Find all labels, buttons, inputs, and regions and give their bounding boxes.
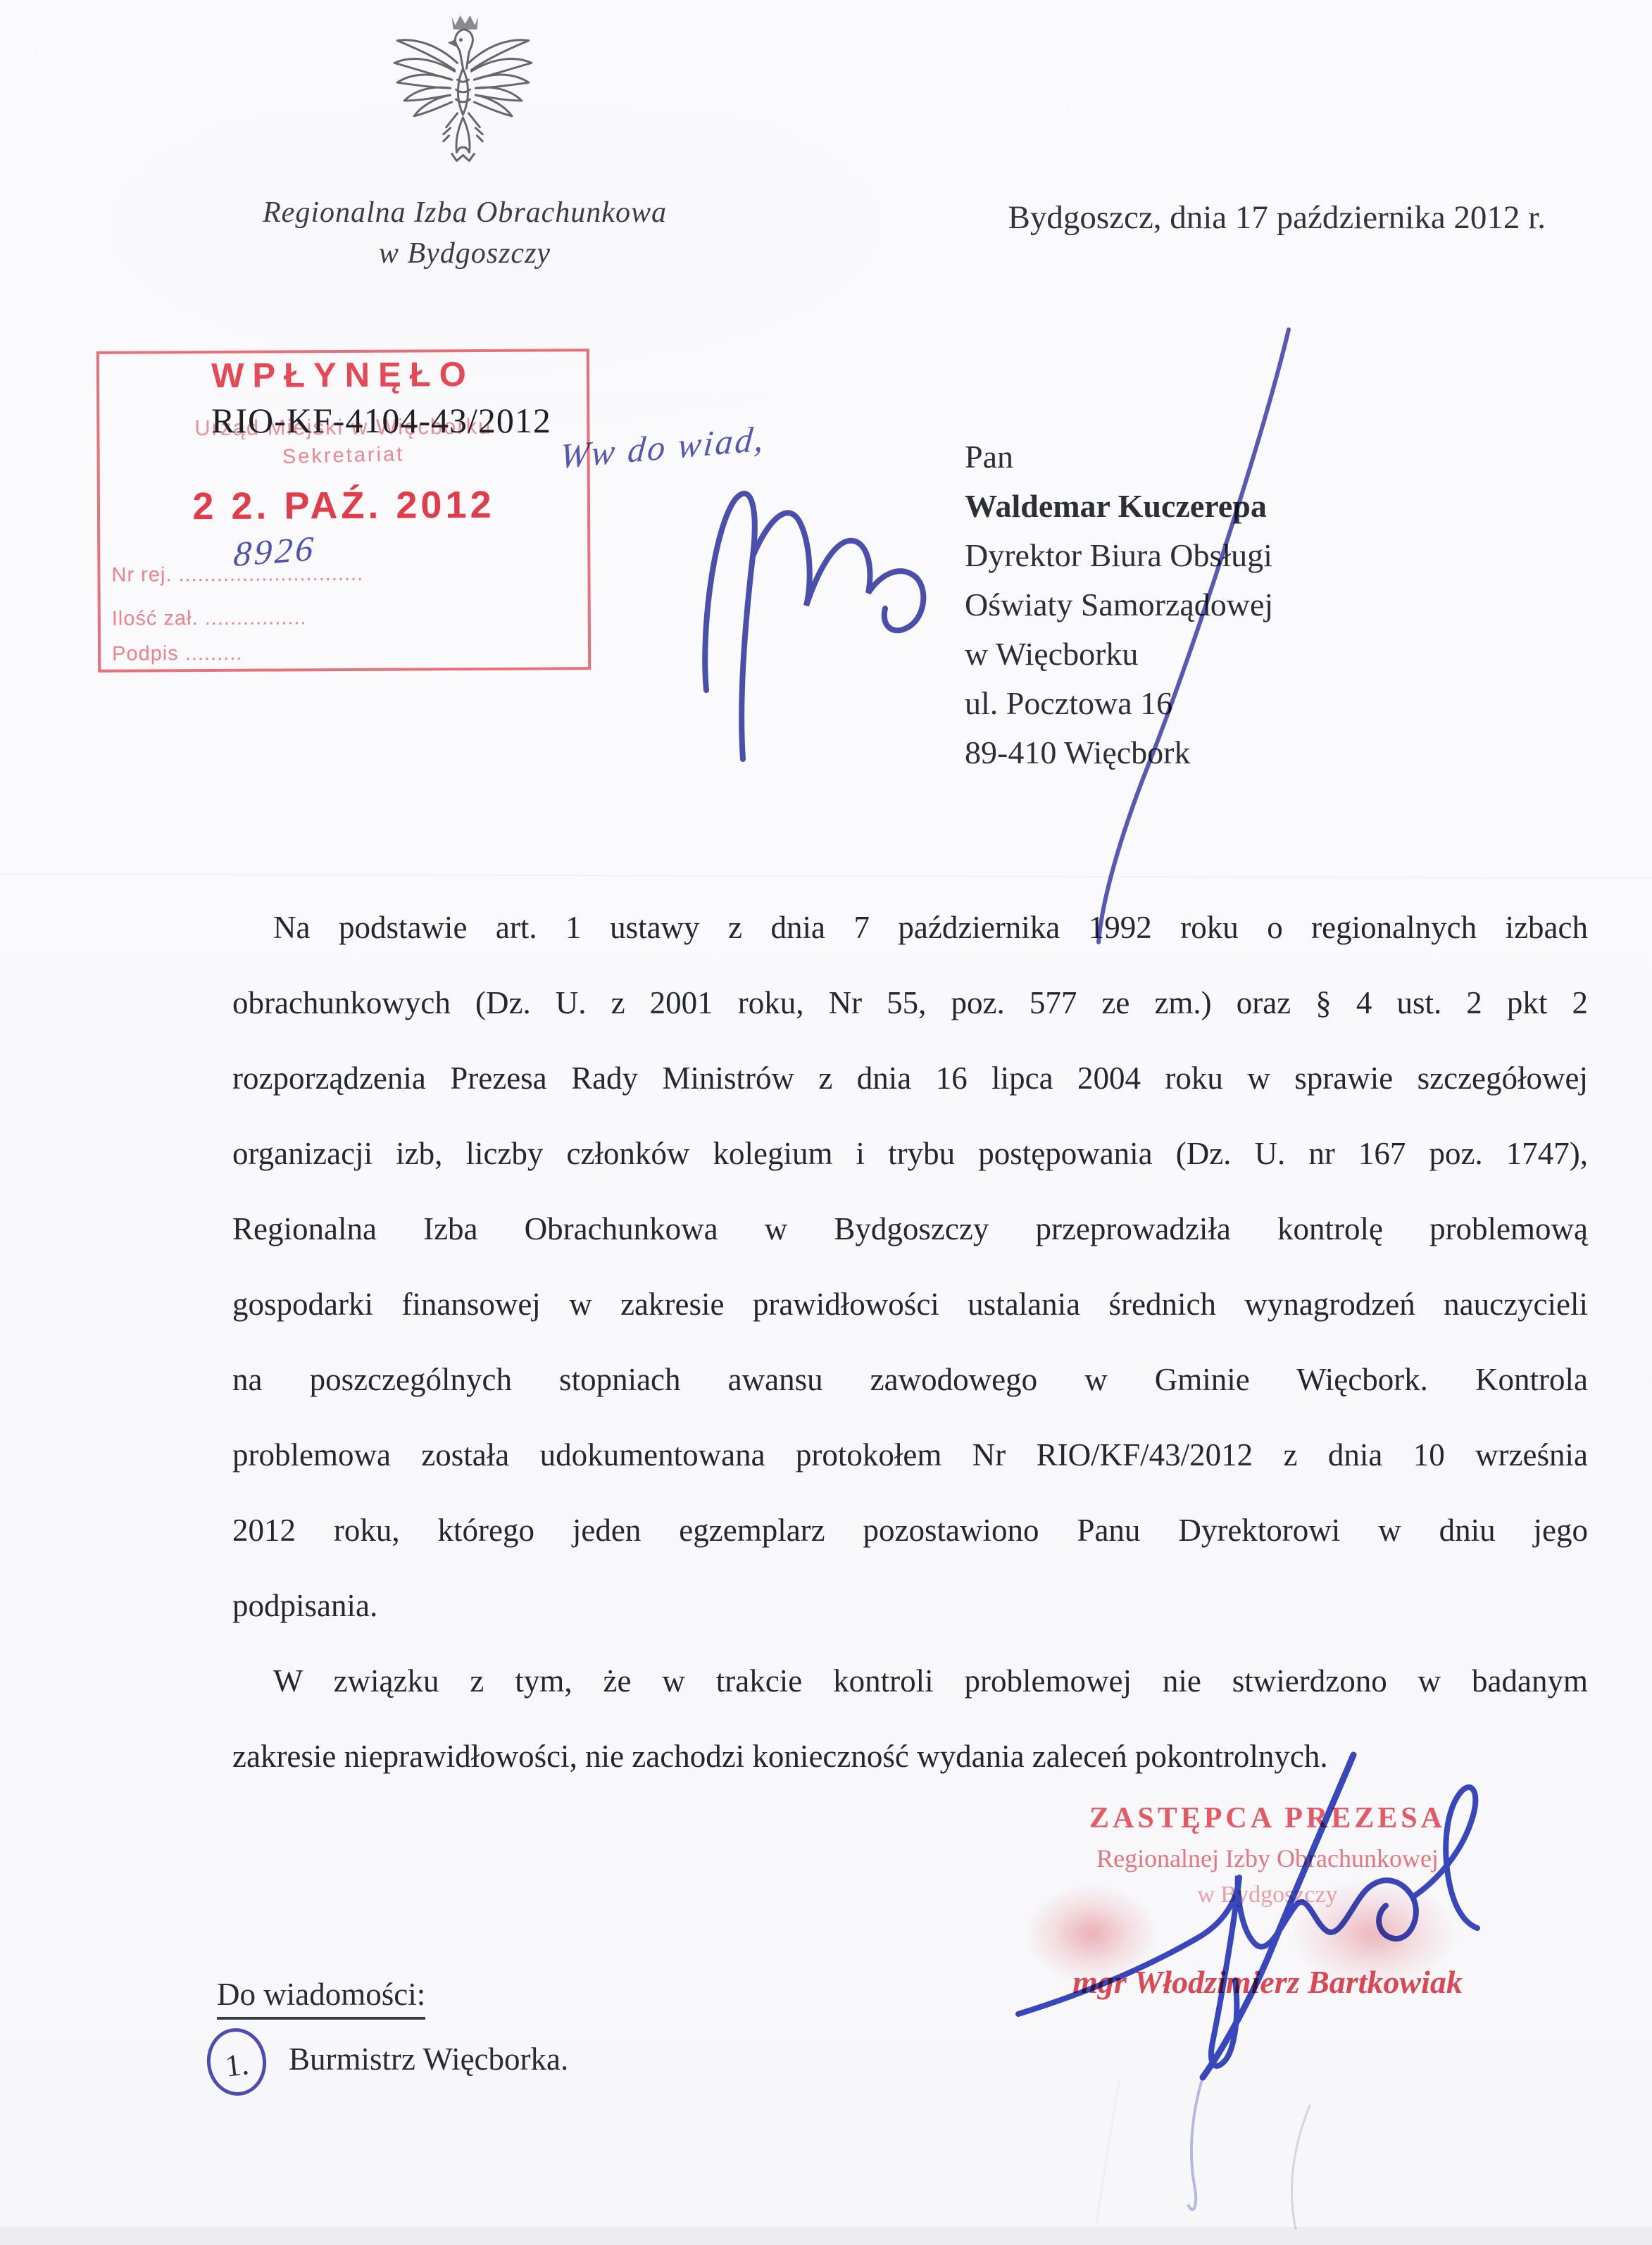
scanned-letter-page: Regionalna Izba Obrachunkowa w Bydgoszcz… (0, 0, 1652, 2245)
reference-number: RIO-KF-4104-43/2012 (211, 400, 551, 441)
body-line: gospodarki finansowej w zakresie prawidł… (232, 1267, 1588, 1342)
cc-heading: Do wiadomości: (217, 1976, 425, 2020)
eagle-right-wing (468, 40, 531, 116)
body-line: problemowa została udokumentowana protok… (232, 1418, 1588, 1493)
handwritten-paraph (602, 458, 954, 775)
body-line: Regionalna Izba Obrachunkowa w Bydgoszcz… (232, 1192, 1588, 1267)
date-line: Bydgoszcz, dnia 17 października 2012 r. (845, 199, 1546, 237)
pen-stroke-diagonal (986, 310, 1310, 965)
paper-crease (0, 873, 1652, 879)
polish-eagle-emblem-icon (377, 4, 549, 193)
body-line: na poszczególnych stopniach awansu zawod… (232, 1342, 1588, 1418)
cc-item-number-circled: 1. (203, 2025, 270, 2099)
handwritten-register-number: 8926 (232, 527, 318, 575)
body-line: W związku z tym, że w trakcie kontroli p… (232, 1644, 1588, 1719)
cc-item-text: Burmistrz Więcborka. (289, 2041, 568, 2077)
intake-stamp-signature-label: Podpis ......... (112, 642, 242, 666)
body-line: obrachunkowych (Dz. U. z 2001 roku, Nr 5… (232, 965, 1588, 1041)
body-line: podpisania. (232, 1568, 1588, 1644)
org-name-line2: w Bydgoszczy (232, 237, 697, 270)
intake-stamp-attachments-label: Ilość zał. ................ (112, 606, 307, 630)
intake-stamp-office-unit: Sekretariat (99, 439, 587, 473)
handwritten-signature (979, 1711, 1514, 2245)
body-line: Na podstawie art. 1 ustawy z dnia 7 paźd… (232, 890, 1588, 965)
org-name-line1: Regionalna Izba Obrachunkowa (232, 196, 697, 230)
intake-stamp-title: WPŁYNĘŁO (99, 354, 587, 396)
intake-stamp: WPŁYNĘŁO Urząd Miejski w Więcborku Sekre… (96, 349, 591, 673)
body-line: 2012 roku, którego jeden egzemplarz pozo… (232, 1493, 1588, 1568)
body-line: rozporządzenia Prezesa Rady Ministrów z … (232, 1041, 1588, 1116)
intake-stamp-date: 2 2. PAŹ. 2012 (100, 482, 587, 529)
body-line: organizacji izb, liczby członków kolegiu… (232, 1116, 1588, 1192)
eagle-left-wing (394, 40, 457, 116)
letter-body: Na podstawie art. 1 ustawy z dnia 7 paźd… (232, 890, 1588, 1794)
